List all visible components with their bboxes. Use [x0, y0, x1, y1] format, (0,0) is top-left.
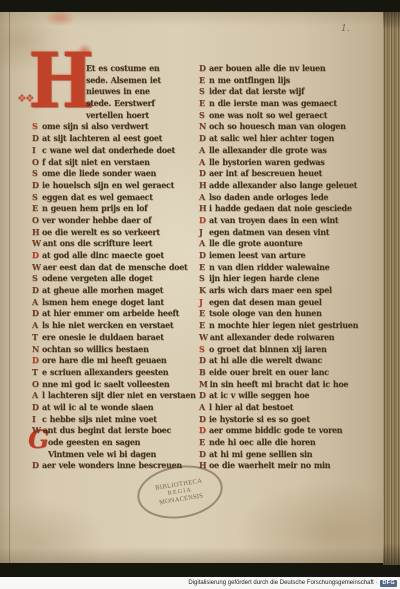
verse-line: Jegen datmen van desen vint [199, 227, 367, 239]
verse-line: Alle allexander die grote was [199, 145, 367, 157]
verse-text: i hadde gedaen dat noie gesciede [209, 203, 352, 213]
verse-text: at hi mi gene sellien sin [209, 449, 312, 459]
verse-text: och so houesch man van ologen [209, 121, 346, 131]
verse-initial: A [199, 238, 207, 250]
verse-initial: S [32, 192, 40, 204]
verse-initial: J [199, 297, 207, 309]
verse-line: Over wonder hebbe daer of [32, 215, 200, 227]
verse-line: Onne mi god ic saelt volleesten [32, 379, 200, 391]
verse-text: l lachteren sijt dier niet en verstaen [42, 390, 196, 400]
digitization-credit-text: Digitalisierung gefördert durch die Deut… [188, 580, 377, 586]
verse-line: Alsmen hem enege doget lant [32, 297, 200, 309]
verse-initial: T [32, 332, 40, 344]
verse-text: nne mi god ic saelt volleesten [42, 379, 169, 389]
text-column-right: Daer bouen alle die nv leuenEn me ontfin… [199, 63, 367, 472]
verse-initial: H [199, 203, 207, 215]
verse-text: at god alle dinc maecte goet [42, 250, 164, 260]
verse-text: odene vergeten alle doget [42, 273, 152, 283]
verse-initial: I [32, 145, 40, 157]
manuscript-scan: 1. H ❖❖ G Et es costume ensede. Alsemen … [0, 0, 400, 589]
verse-initial: E [199, 262, 207, 274]
verse-text: at hi alle die werelt dwanc [209, 355, 322, 365]
verse-text: n van dien ridder walewaine [209, 262, 329, 272]
verse-initial: A [199, 402, 207, 414]
verse-text: aer eest dan dat de mensche doet [43, 262, 188, 272]
verse-initial: T [32, 367, 40, 379]
verse-initial: D [199, 425, 207, 437]
verse-initial: S [32, 273, 40, 285]
verse-text: lle allexander die grote was [209, 145, 327, 155]
verse-text: at sijt lachteren al eest goet [42, 133, 162, 143]
verse-initial: D [32, 180, 40, 192]
verse-text: n die ierste man was gemaect [209, 98, 337, 108]
verse-text: lso daden ande orloges lede [209, 192, 328, 202]
verse-text: e scriuen allexanders geesten [42, 367, 168, 377]
verse-text: at gheue alle morhen maget [42, 285, 163, 295]
verse-line: nieuwes in ene [32, 86, 200, 98]
verse-line: En mochte hier iegen niet gestriuen [199, 320, 367, 332]
verse-text: c hebbe sijs niet mine voet [42, 414, 157, 424]
verse-initial: A [32, 297, 40, 309]
verse-initial: W [32, 425, 41, 437]
verse-line: Alle die grote auonture [199, 238, 367, 250]
manuscript-page: 1. H ❖❖ G Et es costume ensede. Alsemen … [0, 12, 383, 563]
verse-text: ere onesie ie duldaen baraet [42, 332, 164, 342]
verse-initial: D [199, 133, 207, 145]
verse-line: Dat hi mi gene sellien sin [199, 449, 367, 461]
verse-text: aer int af bescreuen heuet [209, 168, 322, 178]
verse-line: So groet dat binnen xij iaren [199, 344, 367, 356]
verse-text: ie houelsch sijn en wel geraect [42, 180, 174, 190]
verse-initial: D [199, 390, 207, 402]
verse-initial: D [199, 63, 207, 75]
verse-line: En me ontfingen lijs [199, 75, 367, 87]
verse-line: Die houelsch sijn en wel geraect [32, 180, 200, 192]
verse-line: Et es costume en [32, 63, 200, 75]
verse-line: Hoe die waerheit meir no min [199, 460, 367, 472]
verse-line: Etsole ologe van den hunen [199, 308, 367, 320]
verse-line: Sider dat dat ierste wijf [199, 86, 367, 98]
verse-initial: W [199, 332, 208, 344]
verse-text: aer vele wonders inne bescreuen [42, 460, 182, 470]
verse-line: Daer omme biddic gode te voren [199, 425, 367, 437]
verse-text: l hier al dat bestoet [209, 402, 293, 412]
verse-initial: J [199, 227, 207, 239]
verse-initial: W [32, 262, 41, 274]
verse-initial: D [32, 355, 40, 367]
verse-text: n me ontfingen lijs [209, 75, 290, 85]
verse-text: eggen dat es wel gemaect [42, 192, 153, 202]
verse-text: c wane wel dat onderhede doet [42, 145, 175, 155]
verse-initial: E [199, 75, 207, 87]
verse-text: ie hystorie si es so goet [209, 414, 310, 424]
verse-initial: K [199, 285, 207, 297]
verse-initial: S [32, 168, 40, 180]
verse-text: lle bystorien waren gedwas [209, 157, 325, 167]
verse-text: ver wonder hebbe daer of [42, 215, 151, 225]
verse-line: Dat salic wel hier achter togen [199, 133, 367, 145]
verse-initial: H [199, 180, 207, 192]
verse-text: aer omme biddic gode te voren [209, 425, 342, 435]
drop-cap-flourish-icon: ❖❖ [17, 94, 33, 103]
verse-initial: D [199, 355, 207, 367]
verse-line: Daer bouen alle die nv leuen [199, 63, 367, 75]
verse-initial: D [32, 133, 40, 145]
verse-line: Al lachteren sijt dier niet en verstaen [32, 390, 200, 402]
verse-text: lle die grote auonture [209, 238, 302, 248]
verse-line: Karls wich dars maer een spel [199, 285, 367, 297]
verse-line: Dat gheue alle morhen maget [32, 285, 200, 297]
verse-line: Beide ouer breit en ouer lanc [199, 367, 367, 379]
verse-initial: O [32, 215, 40, 227]
verse-initial: E [199, 320, 207, 332]
verse-initial: W [32, 238, 41, 250]
verse-line: En van dien ridder walewaine [199, 262, 367, 274]
verse-initial: A [32, 320, 40, 332]
verse-line: Alle bystorien waren gedwas [199, 157, 367, 169]
verse-initial: A [199, 157, 207, 169]
verse-initial: E [199, 437, 207, 449]
verse-text: adde allexander also lange geleuet [209, 180, 357, 190]
verse-line: Min sin heeft mi bracht dat ic hoe [199, 379, 367, 391]
dfg-logo: DFG [380, 580, 397, 587]
verse-line: Jegen dat desen man geuel [199, 297, 367, 309]
verse-initial: D [199, 449, 207, 461]
page-edge-seam [9, 12, 10, 563]
verse-text: egen dat desen man geuel [209, 297, 322, 307]
verse-text: ant allexander dede roiwaren [210, 332, 335, 342]
verse-text: egen datmen van desen vint [209, 227, 329, 237]
footer-credit-bar: Digitalisierung gefördert durch die Deut… [0, 577, 400, 589]
verse-text: n geuen hem prijs en lof [42, 203, 147, 213]
verse-initial: A [199, 192, 207, 204]
verse-text: ore hare die mi heeft geuaen [42, 355, 166, 365]
verse-line: Hoe die werelt es so verkeert [32, 227, 200, 239]
verse-text: ider dat dat ierste wijf [209, 86, 304, 96]
verse-initial: O [32, 379, 40, 391]
verse-text: ome die liede sonder waen [42, 168, 156, 178]
verse-text: oe die waerheit meir no min [209, 460, 330, 470]
verse-line: Want dus begint dat ierste boec [32, 425, 200, 437]
verse-initial: M [199, 379, 208, 391]
verse-text: ome sijn si also verdwert [42, 121, 148, 131]
verse-text: at van troyen daes in een wint [209, 215, 338, 225]
verse-initial: D [199, 250, 207, 262]
verse-line: Some sijn si also verdwert [32, 121, 200, 133]
verse-line: Ende hi oec alle die horen [199, 437, 367, 449]
verse-line: Sijn hier iegen harde clene [199, 273, 367, 285]
verse-line: Dat ic v wille seggen hoe [199, 390, 367, 402]
verse-line: Dat sijt lachteren al eest goet [32, 133, 200, 145]
verse-text: iemen leest van arture [209, 250, 305, 260]
verse-text: ochtan so willics bestaen [42, 344, 149, 354]
verse-line: Al hier al dat bestoet [199, 402, 367, 414]
verse-text: oe die werelt es so verkeert [42, 227, 160, 237]
verse-line: Nochtan so willics bestaen [32, 344, 200, 356]
verse-line: Noch so houesch man van ologen [199, 121, 367, 133]
verse-line: Als hie niet wercken en verstaet [32, 320, 200, 332]
verse-initial: D [32, 285, 40, 297]
verse-initial: S [199, 344, 207, 356]
verse-text: in sin heeft mi bracht dat ic hoe [210, 379, 349, 389]
verse-text: o groet dat binnen xij iaren [209, 344, 326, 354]
verse-line: Hi hadde gedaen dat noie gesciede [199, 203, 367, 215]
verse-line: Vintmen vele wi bi dagen [32, 449, 200, 461]
verse-line: Ic wane wel dat onderhede doet [32, 145, 200, 157]
verse-text: nde hi oec alle die horen [209, 437, 315, 447]
verse-initial: E [199, 308, 207, 320]
verse-text: tsole ologe van den hunen [209, 308, 322, 318]
verse-text: arls wich dars maer een spel [209, 285, 332, 295]
verse-line: Dat hi alle die werelt dwanc [199, 355, 367, 367]
verse-initial: E [32, 203, 40, 215]
verse-line: Tere onesie ie duldaen baraet [32, 332, 200, 344]
verse-line: Dat wil ic al te wonde slaen [32, 402, 200, 414]
verse-line: stede. Eerstwerf [32, 98, 200, 110]
verse-initial: A [32, 390, 40, 402]
verse-text: lsmen hem enege doget lant [42, 297, 164, 307]
verse-initial: D [199, 168, 207, 180]
verse-line: Dat hier emmer om arbeide heeft [32, 308, 200, 320]
verse-line: Diemen leest van arture [199, 250, 367, 262]
verse-line: Some die liede sonder waen [32, 168, 200, 180]
verse-line: Ic hebbe sijs niet mine voet [32, 414, 200, 426]
folio-number: 1. [341, 24, 350, 34]
verse-initial: S [199, 110, 207, 122]
verse-text: aer bouen alle die nv leuen [209, 63, 325, 73]
verse-initial: D [32, 308, 40, 320]
verse-line: Also daden ande orloges lede [199, 192, 367, 204]
verse-text: ant dus begint dat ierste boec [43, 425, 171, 435]
verse-initial: S [199, 273, 207, 285]
verse-line: Seggen dat es wel gemaect [32, 192, 200, 204]
verse-initial: I [32, 414, 40, 426]
verse-initial: E [199, 98, 207, 110]
verse-text: at hier emmer om arbeide heeft [42, 308, 179, 318]
verse-text: f dat sijt niet en verstaen [42, 157, 150, 167]
verse-initial: D [32, 402, 40, 414]
verse-text: at wil ic al te wonde slaen [42, 402, 153, 412]
verse-line: Hadde allexander also lange geleuet [199, 180, 367, 192]
verse-text: ijn hier iegen harde clene [209, 273, 319, 283]
verse-line: Of dat sijt niet en verstaen [32, 157, 200, 169]
verse-initial: S [32, 121, 40, 133]
verse-initial: N [32, 344, 40, 356]
verse-text: at ic v wille seggen hoe [209, 390, 309, 400]
verse-initial: D [199, 414, 207, 426]
verse-text: one was noit so wel geraect [209, 110, 327, 120]
text-column-left: Et es costume ensede. Alsemen ietnieuwes… [32, 63, 200, 472]
verse-line: sede. Alsemen iet [32, 75, 200, 87]
verse-initial: H [32, 227, 40, 239]
verse-line: En geuen hem prijs en lof [32, 203, 200, 215]
verse-initial: D [32, 250, 40, 262]
verse-line: Dat van troyen daes in een wint [199, 215, 367, 227]
verse-text: n mochte hier iegen niet gestriuen [209, 320, 358, 330]
verse-line: Sodene vergeten alle doget [32, 273, 200, 285]
verse-text: ant ons die scrifture leert [43, 238, 153, 248]
verse-initial: N [199, 121, 207, 133]
verse-initial: D [32, 460, 40, 472]
verse-line: Sone was noit so wel geraect [199, 110, 367, 122]
verse-initial: S [199, 86, 207, 98]
verse-initial: D [199, 215, 207, 227]
verse-line: Die hystorie si es so goet [199, 414, 367, 426]
verse-initial: A [199, 145, 207, 157]
verse-initial: B [199, 367, 207, 379]
verse-text: ls hie niet wercken en verstaet [42, 320, 173, 330]
verse-line: Te scriuen allexanders geesten [32, 367, 200, 379]
verse-line: Daer int af bescreuen heuet [199, 168, 367, 180]
verse-line: Dore hare die mi heeft geuaen [32, 355, 200, 367]
verse-line: Want ons die scrifture leert [32, 238, 200, 250]
verse-text: at salic wel hier achter togen [209, 133, 334, 143]
verse-line: vertellen hoert [32, 110, 200, 122]
book-fore-edge [383, 12, 400, 565]
verse-line: ode geesten en sagen [32, 437, 200, 449]
verse-line: Dat god alle dinc maecte goet [32, 250, 200, 262]
verse-initial: O [32, 157, 40, 169]
verse-line: En die ierste man was gemaect [199, 98, 367, 110]
verse-text: eide ouer breit en ouer lanc [209, 367, 329, 377]
verse-line: Waer eest dan dat de mensche doet [32, 262, 200, 274]
verse-line: Want allexander dede roiwaren [199, 332, 367, 344]
